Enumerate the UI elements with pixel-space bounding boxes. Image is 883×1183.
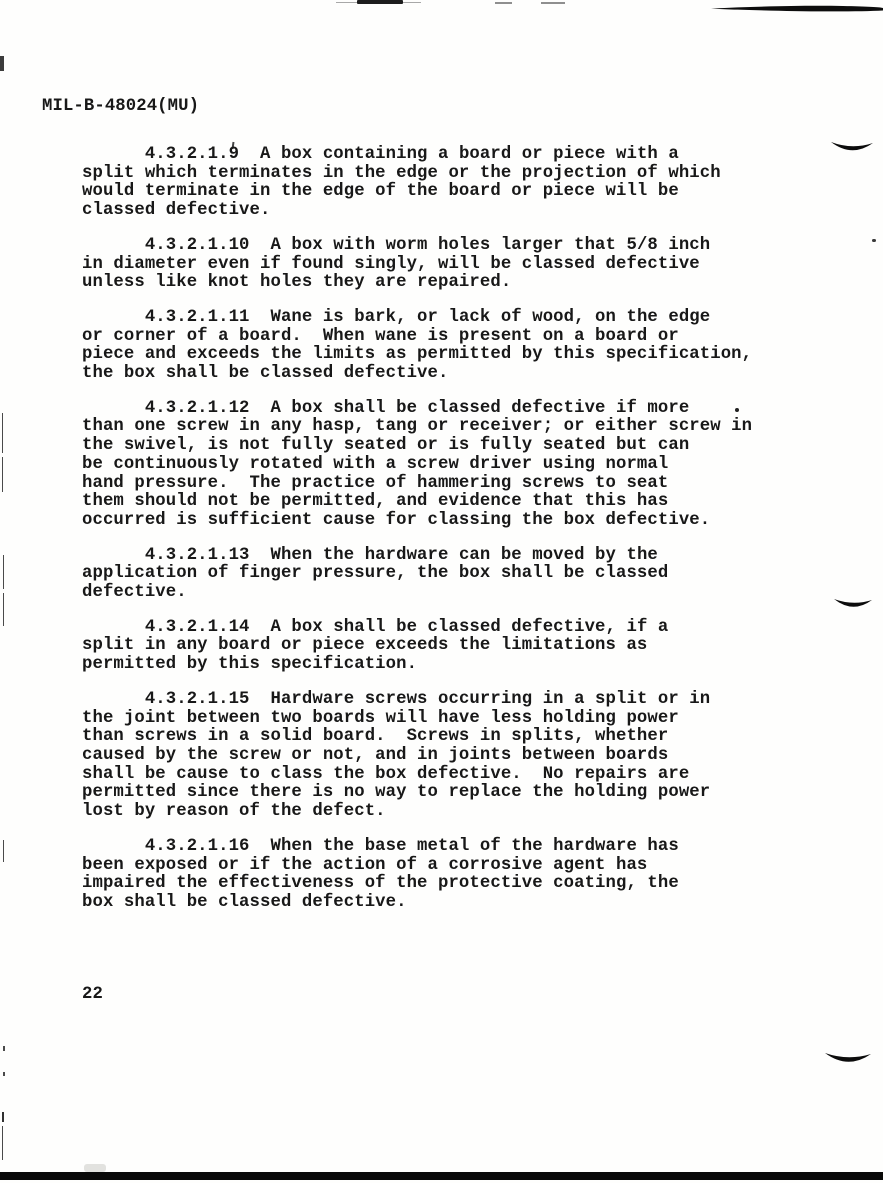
scan-streak-artifact [357, 0, 403, 4]
scan-streak-artifact [336, 2, 357, 3]
document-id: MIL-B-48024(MU) [42, 98, 199, 117]
scan-streak-artifact [403, 2, 421, 3]
left-edge-mark-artifact [0, 56, 4, 71]
stray-dot-artifact [872, 239, 876, 242]
paragraph-4-3-2-1-14: 4.3.2.1.14 A box shall be classed defect… [82, 619, 842, 675]
paragraph-4-3-2-1-9: 4.3.2.1.9 A box containing a board or pi… [82, 146, 842, 221]
paragraph-4-3-2-1-15: 4.3.2.1.15 Hardware screws occurring in … [82, 691, 842, 822]
left-edge-mark-artifact [2, 413, 3, 453]
page-number: 22 [82, 986, 103, 1005]
paragraph-4-3-2-1-13: 4.3.2.1.13 When the hardware can be move… [82, 547, 842, 603]
paragraph-4-3-2-1-12: 4.3.2.1.12 A box shall be classed defect… [82, 400, 842, 531]
scan-crescent-artifact [822, 1046, 874, 1075]
paragraph-4-3-2-1-16: 4.3.2.1.16 When the base metal of the ha… [82, 838, 842, 913]
left-edge-mark-artifact [3, 840, 4, 862]
smudge-artifact [84, 1164, 106, 1172]
bottom-scan-bar-artifact [0, 1172, 883, 1180]
left-edge-mark-artifact [2, 1112, 4, 1122]
scan-streak-artifact [541, 2, 565, 4]
left-edge-mark-artifact [2, 1126, 3, 1160]
left-edge-mark-artifact [3, 1072, 5, 1076]
paragraph-4-3-2-1-10: 4.3.2.1.10 A box with worm holes larger … [82, 237, 842, 293]
document-body: 4.3.2.1.9 A box containing a board or pi… [82, 146, 842, 929]
left-edge-mark-artifact [3, 1046, 5, 1051]
left-edge-mark-artifact [3, 593, 4, 626]
left-edge-mark-artifact [3, 555, 4, 589]
scan-streak-artifact [711, 0, 883, 8]
left-edge-mark-artifact [2, 457, 3, 492]
paragraph-4-3-2-1-11: 4.3.2.1.11 Wane is bark, or lack of wood… [82, 309, 842, 384]
document-page: MIL-B-48024(MU) 4.3.2.1.9 A box containi… [0, 0, 883, 1183]
scan-streak-artifact [495, 2, 512, 4]
